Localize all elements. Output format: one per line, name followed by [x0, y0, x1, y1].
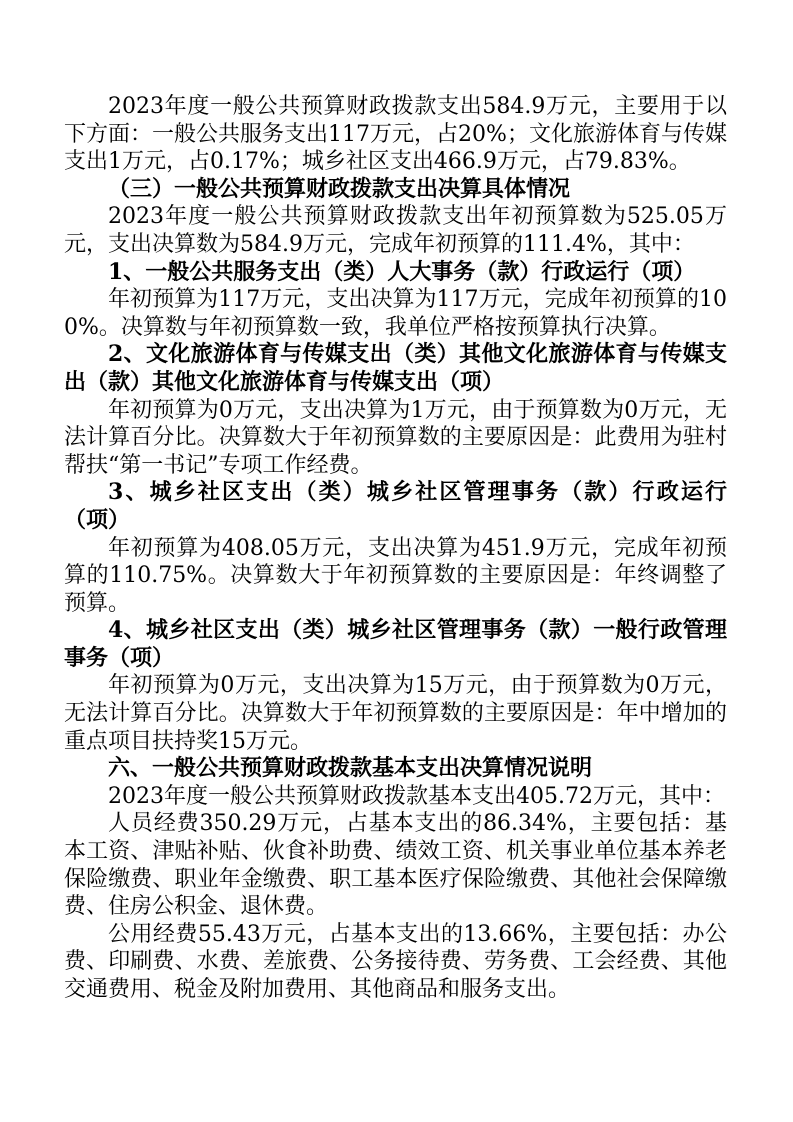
body-paragraph: 2023年度一般公共预算财政拨款支出584.9万元，主要用于以下方面：一般公共服… [64, 93, 727, 176]
section-heading: 4、城乡社区支出（类）城乡社区管理事务（款）一般行政管理事务（项） [64, 617, 727, 672]
body-paragraph: 人员经费350.29万元，占基本支出的86.34%，主要包括：基本工资、津贴补贴… [64, 810, 727, 920]
body-paragraph: 年初预算为0万元，支出决算为15万元，由于预算数为0万元，无法计算百分比。决算数… [64, 672, 727, 755]
body-paragraph: 2023年度一般公共预算财政拨款基本支出405.72万元，其中： [64, 783, 727, 811]
section-heading: （三）一般公共预算财政拨款支出决算具体情况 [64, 176, 727, 204]
body-paragraph: 年初预算为408.05万元，支出决算为451.9万元，完成年初预算的110.75… [64, 535, 727, 618]
section-heading: 1、一般公共服务支出（类）人大事务（款）行政运行（项） [64, 259, 727, 287]
body-paragraph: 年初预算为117万元，支出决算为117万元，完成年初预算的100%。决算数与年初… [64, 286, 727, 341]
document-page: 2023年度一般公共预算财政拨款支出584.9万元，主要用于以下方面：一般公共服… [0, 0, 793, 1122]
section-heading: 六、一般公共预算财政拨款基本支出决算情况说明 [64, 755, 727, 783]
section-heading: 3、城乡社区支出（类）城乡社区管理事务（款）行政运行（项） [64, 479, 727, 534]
body-paragraph: 2023年度一般公共预算财政拨款支出年初预算数为525.05万元，支出决算数为5… [64, 203, 727, 258]
body-paragraph: 年初预算为0万元，支出决算为1万元，由于预算数为0万元，无法计算百分比。决算数大… [64, 397, 727, 480]
section-heading: 2、文化旅游体育与传媒支出（类）其他文化旅游体育与传媒支出（款）其他文化旅游体育… [64, 341, 727, 396]
body-paragraph: 公用经费55.43万元，占基本支出的13.66%，主要包括：办公费、印刷费、水费… [64, 921, 727, 1004]
document-body: 2023年度一般公共预算财政拨款支出584.9万元，主要用于以下方面：一般公共服… [64, 93, 727, 1004]
